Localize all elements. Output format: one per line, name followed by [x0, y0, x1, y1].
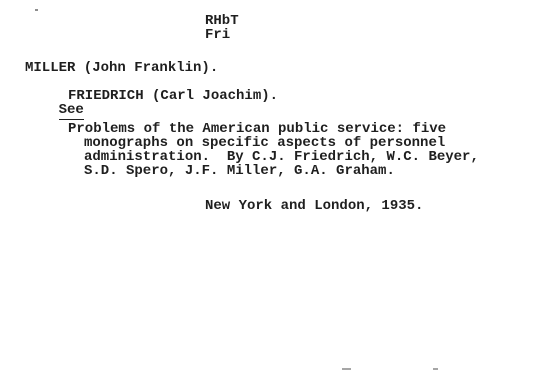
body-line: administration. By C.J. Friedrich, W.C. … [84, 150, 479, 164]
see-reference-target: FRIEDRICH (Carl Joachim). [68, 89, 278, 103]
body-line: S.D. Spero, J.F. Miller, G.A. Graham. [84, 164, 395, 178]
catalogue-card: RHbT Fri MILLER (John Franklin). See FRI… [0, 0, 550, 374]
scan-speck-dash [342, 368, 351, 370]
classmark-line-2: Fri [205, 28, 230, 42]
body-line: Problems of the American public service:… [68, 122, 446, 136]
classmark-line-1: RHbT [205, 14, 239, 28]
see-label: See [59, 102, 84, 120]
scan-speck-dot [35, 9, 38, 11]
scan-speck-dash [433, 368, 438, 370]
card-heading: MILLER (John Franklin). [25, 61, 218, 75]
imprint-line: New York and London, 1935. [205, 199, 423, 213]
body-line: monographs on specific aspects of person… [84, 136, 445, 150]
